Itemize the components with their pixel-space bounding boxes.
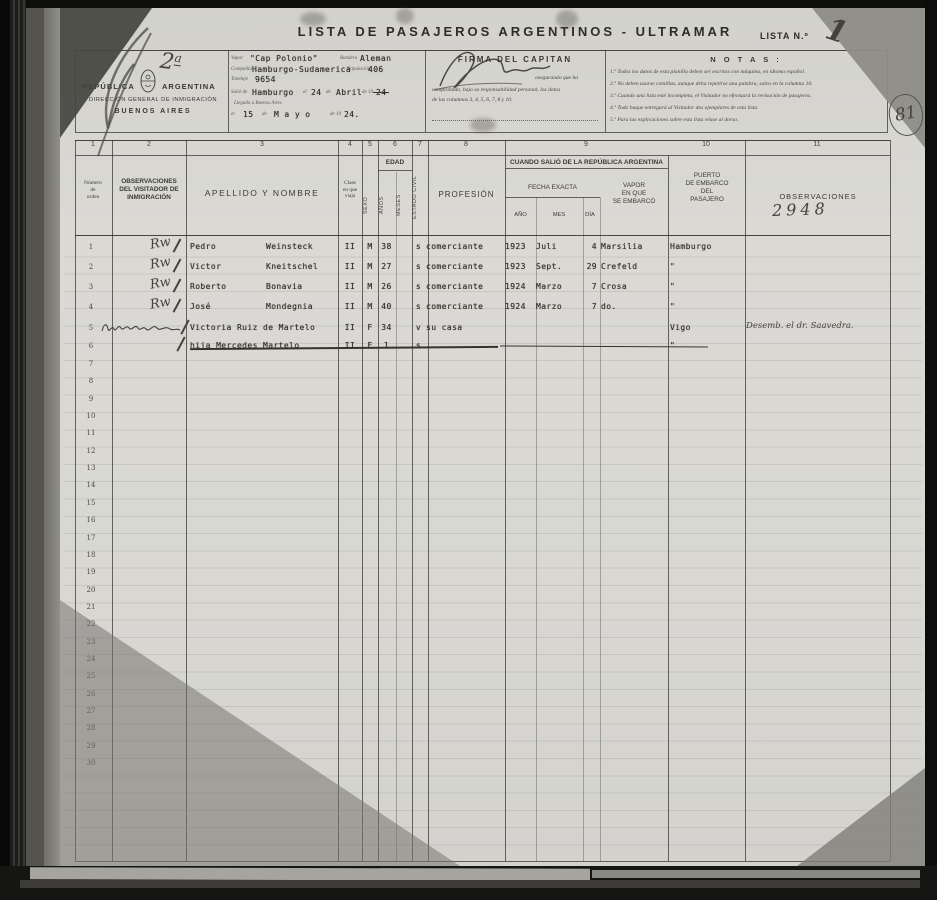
handwritten-flourish [0,0,937,900]
handwritten-observation: Desemb. el dr. Saavedra. [746,321,896,331]
handwritten-scrawl [100,321,182,337]
handwritten-class-note: 2a [158,49,182,77]
handwritten-obs-number: 2948 [772,199,829,220]
scanned-passenger-list-page: LISTA DE PASAJEROS ARGENTINOS - ULTRAMAR… [0,0,937,900]
captain-signature [430,44,560,99]
